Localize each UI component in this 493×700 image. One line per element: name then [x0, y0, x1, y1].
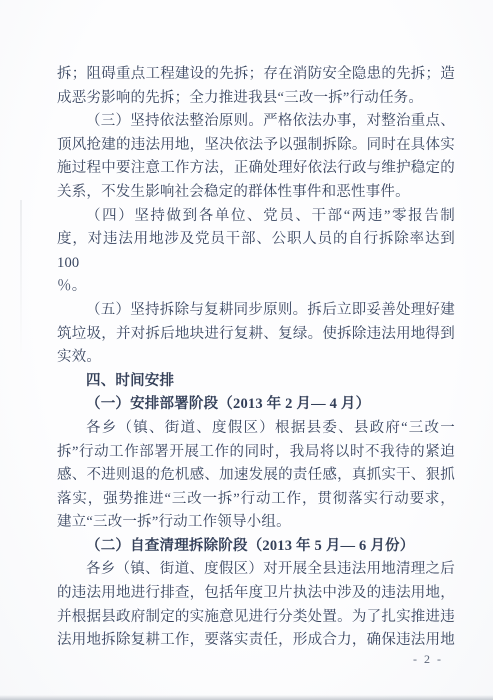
- scan-artifact: [20, 200, 22, 360]
- text-line: 各乡（镇、街道、度假区）对开展全县违法用地清理之后: [57, 558, 455, 582]
- scanned-document-page: 拆；阻碍重点工程建设的先拆；存在消防安全隐患的先拆；造 成恶劣影响的先拆；全力推…: [0, 0, 493, 700]
- text-line: 拆”行动工作部署开展工作的同时，我局将以时不我待的紧迫: [57, 441, 455, 465]
- text-line: 顶风抢建的违法用地，坚决依法予以强制拆除。同时在具体实: [57, 134, 455, 158]
- text-line: 并根据县政府制定的实施意见进行分类处置。为了扎实推进违: [57, 606, 455, 630]
- text-line: 法用地拆除复耕工作，要落实责任，形成合力，确保违法用地: [57, 629, 455, 653]
- document-body: 拆；阻碍重点工程建设的先拆；存在消防安全隐患的先拆；造 成恶劣影响的先拆；全力推…: [57, 63, 455, 653]
- text-line: 度，对违法用地涉及党员干部、公职人员的自行拆除率达到 100: [57, 228, 455, 275]
- text-line: 拆；阻碍重点工程建设的先拆；存在消防安全隐患的先拆；造: [57, 63, 455, 87]
- text-line: 筑垃圾，并对拆后地块进行复耕、复绿。使拆除违法用地得到: [57, 323, 455, 347]
- text-line: （三）坚持依法整治原则。严格依法办事，对整治重点、: [57, 110, 455, 134]
- subsection-heading: （二）自查清理拆除阶段（2013 年 5 月— 6 月份）: [57, 535, 455, 559]
- text-line: （四）坚持做到各单位、党员、干部“两违”零报告制: [57, 205, 455, 229]
- text-line: 感、不进则退的危机感、加速发展的责任感，真抓实干、狠抓: [57, 464, 455, 488]
- text-line: 建立“三改一拆”行动工作领导小组。: [57, 511, 455, 535]
- text-line: ％。: [57, 275, 455, 299]
- text-line: 关系，不发生影响社会稳定的群体性事件和恶性事件。: [57, 181, 455, 205]
- subsection-heading: （一）安排部署阶段（2013 年 2 月— 4 月）: [57, 393, 455, 417]
- text-line: 落实，强势推进“三改一拆”行动工作，贯彻落实行动要求，: [57, 488, 455, 512]
- section-heading: 四、时间安排: [57, 370, 455, 394]
- text-line: 各乡（镇、街道、度假区）根据县委、县政府“三改一: [57, 417, 455, 441]
- text-line: 的违法用地进行排查，包括年度卫片执法中涉及的违法用地，: [57, 582, 455, 606]
- page-number: - 2 -: [413, 652, 443, 667]
- text-line: 实效。: [57, 346, 455, 370]
- text-line: （五）坚持拆除与复耕同步原则。拆后立即妥善处理好建: [57, 299, 455, 323]
- text-line: 成恶劣影响的先拆；全力推进我县“三改一拆”行动任务。: [57, 87, 455, 111]
- text-line: 施过程中要注意工作方法，正确处理好依法行政与维护稳定的: [57, 157, 455, 181]
